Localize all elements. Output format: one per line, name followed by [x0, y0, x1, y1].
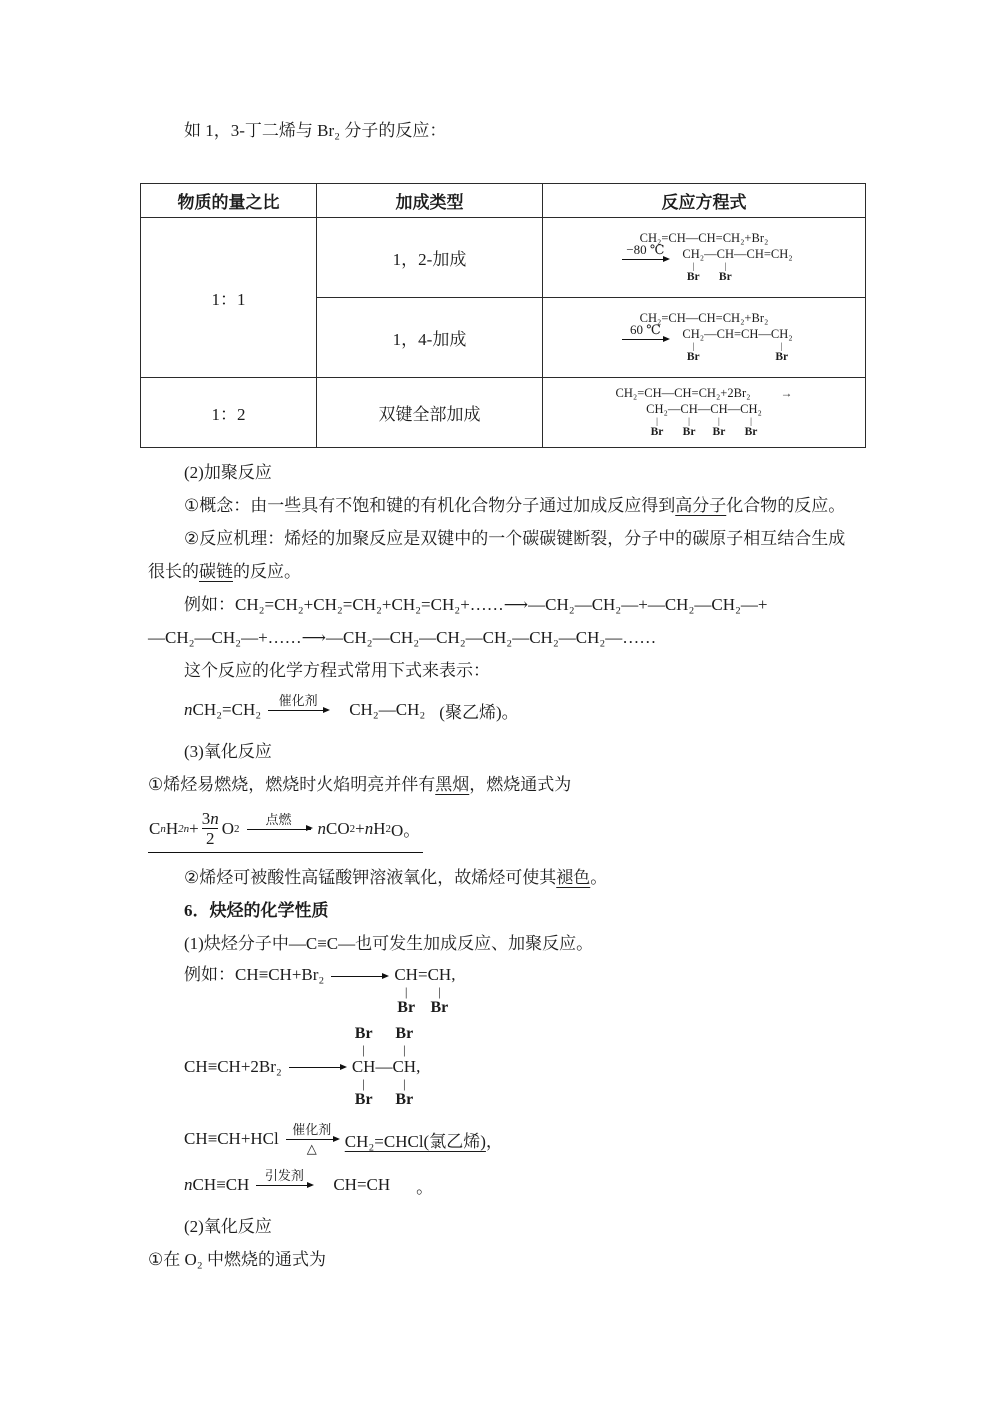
reaction-arrow — [289, 1065, 345, 1069]
alkyne-structure-4: nCH≡CH 引发剂 CH=CH 。 — [184, 1168, 862, 1202]
bond-unit: — — [758, 327, 771, 342]
vinyl-chloride-answer: CH₂=CHCl(氯乙烯) — [345, 1127, 486, 1152]
product-structure: Br|CH|Br — Br|CH|Br — [352, 1024, 416, 1110]
reaction-condition: 60 ℃ — [630, 322, 661, 337]
reaction-arrow: 引发剂 — [256, 1168, 312, 1187]
alkyne-structure-1: 例如： CH≡CH+Br₂ CH|Br = CH|Br , — [184, 964, 862, 1018]
reactants: CH≡CH+Br₂ — [235, 964, 324, 986]
bond-unit: — — [704, 247, 717, 262]
coefficient-n: n — [184, 700, 193, 720]
ethylene-formula: CH₂=CH₂ — [193, 700, 262, 720]
formula-unit: CH|Br — [710, 402, 727, 439]
bond-unit: — — [728, 402, 741, 417]
section-oxidation-title: (3)氧化反应 — [148, 735, 862, 768]
formula-unit: CH|Br — [394, 964, 418, 1018]
reaction-arrow: −80 ℃ — [622, 242, 668, 261]
arrow-line — [286, 1139, 338, 1140]
reaction-arrow: 点燃 — [247, 812, 311, 831]
polyethylene-formula: CH₂—CH₂ — [349, 700, 425, 720]
punctuation: , — [451, 964, 455, 986]
example-label: 例如： — [184, 964, 235, 986]
formula-unit: Br|CH|Br — [392, 1024, 416, 1110]
bond-unit: = — [418, 964, 428, 986]
document-page: 如 1，3-丁二烯与 Br₂ 分子的反应： 物质的量之比 加成类型 反应方程式 … — [0, 0, 1000, 1276]
formula-unit: CH₂|Br — [740, 402, 762, 439]
arrow-line — [268, 710, 328, 711]
arrow-line — [331, 976, 387, 977]
reactants: CH≡CH+2Br₂ — [184, 1056, 282, 1078]
arrow-line — [622, 339, 668, 340]
reaction-arrow: 催化剂 — [268, 693, 328, 712]
bond-unit: — — [668, 402, 681, 417]
alkyne-oxidation-line: ①在 O₂ 中燃烧的通式为 — [148, 1243, 862, 1276]
formula-unit: CH|Br — [680, 402, 697, 439]
polymerization-example-line-1: 例如：CH₂=CH₂+CH₂=CH₂+CH₂=CH₂+……⟶—CH₂—CH₂—+… — [148, 588, 862, 621]
answer-underlined: 褪色 — [556, 868, 590, 887]
heat-symbol: △ — [307, 1141, 317, 1156]
arrow-line — [247, 829, 311, 830]
product-structure: CH₂|Br — CH=CH — CH₂|Br — [682, 327, 792, 364]
combustion-formula-block: CnH2n+ 3n 2 O2 点燃 nCO2+nH2O。 — [148, 807, 862, 853]
answer-underlined: 高分子 — [675, 496, 726, 515]
table-row: 1：1 1，2-加成 CH₂=CH—CH=CH₂+Br₂ −80 ℃ CH₂|B… — [141, 218, 866, 298]
cell-type-full-addition: 双键全部加成 — [317, 378, 543, 448]
formula-unit: CH=CH — [717, 327, 759, 342]
punctuation: ， — [486, 1127, 503, 1152]
initiator-label: 引发剂 — [265, 1168, 304, 1183]
equation-14-addition: CH₂=CH—CH=CH₂+Br₂ 60 ℃ CH₂|Br — CH=CH — … — [543, 306, 865, 369]
reaction-arrow: 60 ℃ — [622, 322, 668, 341]
formula-unit: CH|Br — [717, 247, 734, 284]
kmno4-line: ②烯烃可被酸性高锰酸钾溶液氧化，故烯烃可使其褪色。 — [148, 861, 862, 894]
formula-unit: CH₂|Br — [646, 402, 668, 439]
alkyne-structure-2: CH≡CH+2Br₂ Br|CH|Br — Br|CH|Br , — [184, 1024, 862, 1110]
punctuation: , — [416, 1057, 420, 1077]
section-alkyne-title: 6．炔烃的化学性质 — [148, 894, 862, 927]
product-structure: CH|Br = CH|Br — [394, 964, 451, 1018]
addition-reactions-table: 物质的量之比 加成类型 反应方程式 1：1 1，2-加成 CH₂=CH—CH=C… — [140, 183, 866, 448]
equation-12-addition: CH₂=CH—CH=CH₂+Br₂ −80 ℃ CH₂|Br — CH|Br —… — [543, 226, 865, 289]
alkyne-line-1: (1)炔烃分子中—C≡C—也可发生加成反应、加聚反应。 — [148, 927, 862, 960]
coefficient-n: n — [184, 1175, 193, 1195]
table-row: 1：2 双键全部加成 CH₂=CH—CH=CH₂+2Br₂→ CH₂|Br — … — [141, 378, 866, 448]
formula-unit: CH|Br — [428, 964, 452, 1018]
polymerization-example-line-2: —CH₂—CH₂—+……⟶—CH₂—CH₂—CH₂—CH₂—CH₂—CH₂—…… — [148, 621, 862, 654]
combustion-line: ①烯烃易燃烧，燃烧时火焰明亮并伴有黑烟，燃烧通式为 — [148, 768, 862, 801]
mechanism-line-1: ②反应机理：烯烃的加聚反应是双键中的一个碳碳键断裂，分子中的碳原子相互结合生成 — [148, 522, 862, 555]
reactants: CH≡CH+HCl — [184, 1128, 279, 1150]
cell-type-12-addition: 1，2-加成 — [317, 218, 543, 298]
reaction-arrow — [331, 974, 387, 978]
product-formula: CH=CH — [333, 1175, 390, 1195]
cell-equation-14-addition: CH₂=CH—CH=CH₂+Br₂ 60 ℃ CH₂|Br — CH=CH — … — [543, 298, 866, 378]
cell-equation-12-addition: CH₂=CH—CH=CH₂+Br₂ −80 ℃ CH₂|Br — CH|Br —… — [543, 218, 866, 298]
formula-unit: CH₂|Br — [682, 327, 704, 364]
bond-unit: — — [734, 247, 747, 262]
bond-unit: — — [698, 402, 711, 417]
formula-unit: CH₂|Br — [682, 247, 704, 284]
equation-full-addition: CH₂=CH—CH=CH₂+2Br₂→ CH₂|Br — CH|Br — CH|… — [543, 381, 865, 444]
alkyne-structure-3: CH≡CH+HCl 催化剂 △ CH₂=CHCl(氯乙烯) ， — [184, 1122, 862, 1156]
intro-line: 如 1，3-丁二烯与 Br₂ 分子的反应： — [148, 114, 862, 147]
reaction-arrow: 催化剂 △ — [286, 1122, 338, 1156]
bond-unit: — — [375, 1056, 392, 1078]
col-header-addition-type: 加成类型 — [317, 184, 543, 218]
product-structure: CH₂|Br — CH|Br — CH=CH₂ — [682, 247, 792, 284]
punctuation: 。 — [416, 1173, 433, 1198]
cell-type-14-addition: 1，4-加成 — [317, 298, 543, 378]
arrow-line — [622, 259, 668, 260]
section-polymerization-title: (2)加聚反应 — [148, 456, 862, 489]
catalyst-label: 催化剂 — [279, 693, 318, 708]
bond-unit: — — [704, 327, 717, 342]
formula-unit: CH₂|Br — [771, 327, 793, 364]
answer-underlined: 黑烟 — [435, 775, 469, 794]
small-arrow: → — [780, 386, 792, 400]
reaction-condition: −80 ℃ — [626, 242, 664, 257]
col-header-ratio: 物质的量之比 — [141, 184, 317, 218]
mechanism-line-2: 很长的碳链的反应。 — [148, 555, 862, 588]
cell-ratio-1-1: 1：1 — [141, 218, 317, 378]
formula-unit: Br|CH|Br — [352, 1024, 376, 1110]
formula-unit: CH=CH₂ — [746, 247, 792, 262]
col-header-equation: 反应方程式 — [543, 184, 866, 218]
arrow-line — [256, 1185, 312, 1186]
combustion-formula: CnH2n+ 3n 2 O2 点燃 nCO2+nH2O。 — [148, 807, 423, 853]
alkyne-oxidation-title: (2)氧化反应 — [148, 1210, 862, 1243]
catalyst-label: 催化剂 — [292, 1122, 331, 1137]
product-structure: CH₂|Br — CH|Br — CH|Br — CH₂|Br — [646, 402, 762, 439]
arrow-line — [289, 1067, 345, 1068]
polyethylene-equation: nCH₂=CH₂ 催化剂 CH₂—CH₂ (聚乙烯)。 — [184, 693, 862, 727]
cell-ratio-1-2: 1：2 — [141, 378, 317, 448]
reactants-line: CH₂=CH—CH=CH₂+Br₂ — [547, 311, 861, 326]
representation-note: 这个反应的化学方程式常用下式来表示： — [148, 654, 862, 687]
polyethylene-note: (聚乙烯)。 — [439, 698, 518, 723]
reactants-line: CH₂=CH—CH=CH₂+2Br₂→ — [547, 386, 861, 401]
reactants-line: CH₂=CH—CH=CH₂+Br₂ — [547, 231, 861, 246]
concept-line: ①概念：由一些具有不饱和键的有机化合物分子通过加成反应得到高分子化合物的反应。 — [148, 489, 862, 522]
ignition-label: 点燃 — [265, 812, 291, 827]
answer-underlined: 碳链 — [199, 562, 233, 581]
fraction-3n-2: 3n 2 — [200, 809, 221, 848]
reactants: CH≡CH — [193, 1174, 250, 1196]
table-header-row: 物质的量之比 加成类型 反应方程式 — [141, 184, 866, 218]
cell-equation-full-addition: CH₂=CH—CH=CH₂+2Br₂→ CH₂|Br — CH|Br — CH|… — [543, 378, 866, 448]
